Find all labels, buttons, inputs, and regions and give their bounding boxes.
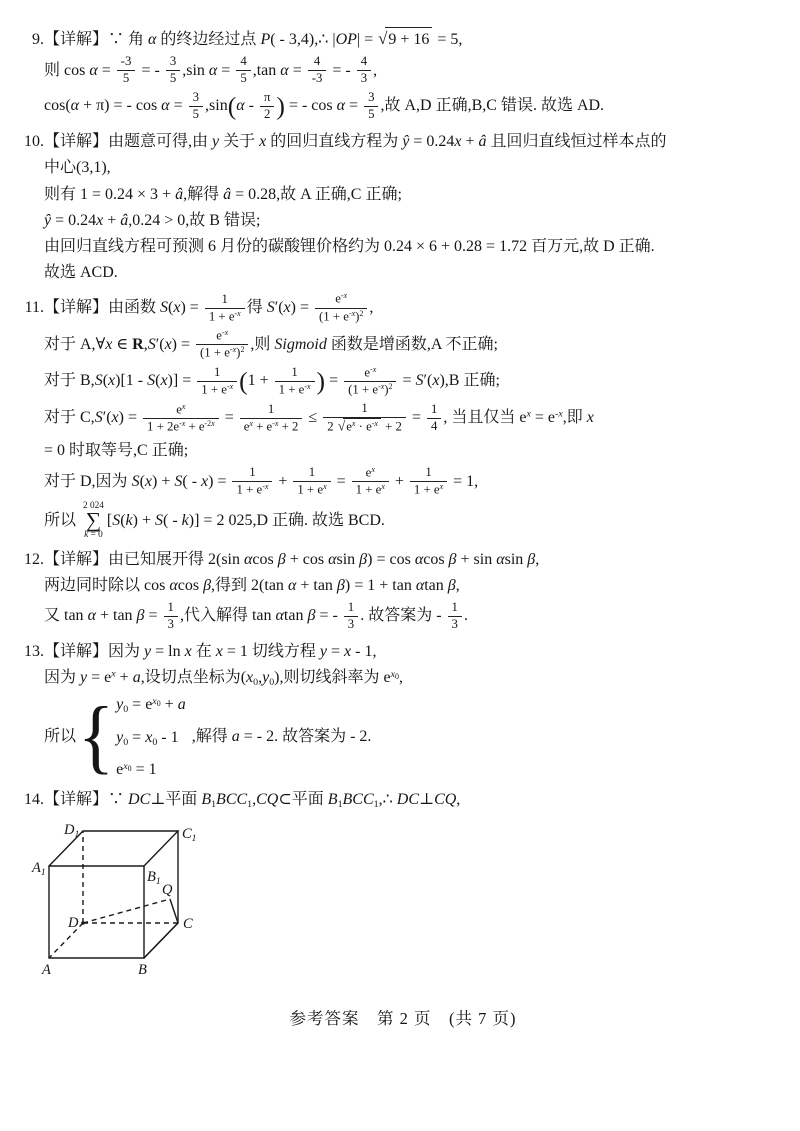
superscript: -x xyxy=(222,328,228,337)
math-var: x xyxy=(182,402,186,411)
denominator: 1 + ex xyxy=(293,482,330,498)
math-var: S xyxy=(95,372,103,389)
text-run: ,∴ xyxy=(379,791,397,808)
square-root: √ex · e-x xyxy=(338,418,381,435)
text-run: 则有 1 = 0.24 × 3 + xyxy=(44,186,175,203)
text-run: 【详解】因为 xyxy=(44,643,144,660)
text-run: 关于 xyxy=(219,133,259,150)
fraction: 11 + e-x xyxy=(197,365,237,398)
fraction: 12 √ex · e-x + 2 xyxy=(323,401,406,435)
math-run: 1 + e xyxy=(201,382,227,396)
math-bold-set: R xyxy=(132,336,144,353)
numerator: e-x xyxy=(315,291,367,308)
denominator: 3 xyxy=(357,71,371,87)
denominator: 5 xyxy=(236,71,250,87)
text-run: 【详解】由函数 xyxy=(44,299,160,316)
math-run: 2 xyxy=(327,420,337,434)
math-run: 5 xyxy=(170,71,176,85)
problem-number: 10. xyxy=(12,130,44,153)
problem-number: 11. xyxy=(12,296,44,319)
denominator: 1 + e-x xyxy=(197,382,237,398)
fraction: 35 xyxy=(189,90,203,123)
math-run: 1 xyxy=(268,402,274,416)
math-var: α xyxy=(337,97,345,114)
math-run: 1 xyxy=(452,600,458,614)
math-var: x xyxy=(373,365,377,374)
denominator: 1 + ex xyxy=(352,482,389,498)
superscript: x0 xyxy=(123,761,131,772)
text-run: = xyxy=(170,97,187,114)
vertex-label-C: C xyxy=(183,916,193,932)
math-var: β xyxy=(448,577,456,594)
numerator: 4 xyxy=(236,54,250,71)
big-paren: ( xyxy=(239,367,248,396)
line-content: cos(α + π) = - cos α = 35,sin(α - π2) = … xyxy=(44,97,604,114)
math-var: k xyxy=(126,512,133,529)
text-run: ∈ xyxy=(112,336,132,353)
vertex-label-B1: B1 xyxy=(147,869,161,887)
math-run: 4 xyxy=(240,54,246,68)
math-var: x xyxy=(185,643,192,660)
math-run: + 2 xyxy=(382,420,402,434)
math-run: -3 xyxy=(121,54,132,68)
text-run: , xyxy=(535,551,539,568)
math-run: 4 xyxy=(314,54,320,68)
fraction: ex1 + 2e-x + e-2x xyxy=(143,402,219,436)
radicand: ex · e-x xyxy=(343,418,381,435)
vertex-label-D1: D1 xyxy=(63,822,79,840)
line-content: 对于 D,因为 S(x) + S( - x) = 11 + e-x + 11 +… xyxy=(44,473,478,490)
text-run: + xyxy=(161,696,178,713)
text-run: 【详解】∵ xyxy=(44,791,128,808)
text-run: 在 xyxy=(192,643,216,660)
text-run: , xyxy=(399,669,403,686)
text-run: , xyxy=(373,62,377,79)
text-run: ),B 正确; xyxy=(439,372,499,389)
numerator: 1 xyxy=(427,402,441,419)
solution-line: 则 cos α = -35 = - 35,sin α = 45,tan α = … xyxy=(12,54,794,87)
math-run: 3 xyxy=(168,617,174,631)
summation: 2 024∑k = 0 xyxy=(83,502,104,541)
big-paren: ( xyxy=(228,92,237,121)
numerator: e-x xyxy=(196,328,248,345)
math-var: â xyxy=(479,133,487,150)
numerator: 4 xyxy=(357,54,371,71)
math-run: 3 xyxy=(193,90,199,104)
vertex-label-C1: C1 xyxy=(182,826,196,844)
text-run: 且回归直线恒过样本点的 xyxy=(487,133,667,150)
math-var: CQ xyxy=(434,791,456,808)
solution-line: 则有 1 = 0.24 × 3 + â,解得 â = 0.28,故 A 正确,C… xyxy=(12,183,794,206)
denominator: 2 √ex · e-x + 2 xyxy=(323,418,406,435)
math-var: S xyxy=(416,372,424,389)
text-run: = - xyxy=(315,607,341,624)
math-var: α xyxy=(236,97,244,114)
solution-line: 对于 A,∀x ∈ R,S′(x) = e-x(1 + e-x)2,则 Sigm… xyxy=(12,328,794,362)
math-run: 1 + e xyxy=(297,483,323,497)
text-run: + xyxy=(116,669,133,686)
math-run: ∀ xyxy=(96,336,106,353)
system-row: y0 = ex0 + a xyxy=(116,693,186,717)
text-run: + xyxy=(103,212,120,229)
superscript: -x xyxy=(227,382,233,391)
math-run: 1 + e xyxy=(356,483,382,497)
numerator: 4 xyxy=(308,54,327,71)
math-var: α xyxy=(416,577,424,594)
math-run: 1 xyxy=(291,365,297,379)
math-run: (1 + e xyxy=(348,382,378,396)
denominator: (1 + e-x)2 xyxy=(196,345,248,361)
vertex-dot-D xyxy=(81,921,85,925)
math-run: ) + xyxy=(133,512,155,529)
text-run: ) = 1 + tan xyxy=(345,577,416,594)
denominator: 3 xyxy=(164,617,178,633)
math-var: x xyxy=(165,336,172,353)
text-run: 又 tan xyxy=(44,607,88,624)
math-run: )] = 2 025 xyxy=(189,512,253,529)
text-run: . xyxy=(464,607,468,624)
text-run: , 当且仅当 e xyxy=(443,409,526,426)
text-run: 的回归直线方程为 xyxy=(266,133,402,150)
denominator: 3 xyxy=(344,617,358,633)
fraction: 35 xyxy=(166,54,180,87)
math-run: 3 xyxy=(170,54,176,68)
superscript: x xyxy=(381,482,385,491)
math-run: 1 + e xyxy=(236,483,262,497)
line-content: 则 cos α = -35 = - 35,sin α = 45,tan α = … xyxy=(44,62,377,79)
fraction: π2 xyxy=(260,90,274,123)
numerator: π xyxy=(260,90,274,107)
fraction: -35 xyxy=(117,54,136,87)
math-var: x xyxy=(454,133,461,150)
vertex-label-B: B xyxy=(138,962,147,978)
math-var: x xyxy=(587,409,594,426)
line-content: 【详解】由已知展开得 2(sin αcos β + cos αsin β) = … xyxy=(44,551,539,568)
denominator: 2 xyxy=(260,107,274,123)
fraction: 43 xyxy=(357,54,371,87)
line-content: 【详解】∵ DC⊥平面 B1BCC1,CQ⊂平面 B1BCC1,∴ DC⊥CQ, xyxy=(44,791,460,808)
math-var: x xyxy=(237,309,241,318)
text-run: 所以 xyxy=(44,728,76,745)
denominator: 1 + e-x xyxy=(205,309,245,325)
line-content: 所以{y0 = ex0 + ay0 = x0 - 1ex0 = 1 ,解得 a … xyxy=(44,728,371,745)
solution-line: 10.【详解】由题意可得,由 y 关于 x 的回归直线方程为 ŷ = 0.24x… xyxy=(12,130,794,153)
solution-line: 两边同时除以 cos αcos β,得到 2(tan α + tan β) = … xyxy=(12,574,794,597)
math-run: 1 xyxy=(425,465,431,479)
text-run: ) = xyxy=(291,299,313,316)
numerator: 3 xyxy=(166,54,180,71)
problem-number: 13. xyxy=(12,640,44,663)
text-run: = e xyxy=(531,409,555,426)
text-run: 对于 A, xyxy=(44,336,96,353)
fraction: 11 + ex xyxy=(410,465,447,498)
math-run: 2 xyxy=(264,107,270,121)
numerator: 3 xyxy=(189,90,203,107)
math-run: 1 xyxy=(168,600,174,614)
text-run: ,设切点坐标为( xyxy=(141,669,246,686)
math-run: 1 xyxy=(348,600,354,614)
math-run: ( - xyxy=(163,512,182,529)
math-var: α xyxy=(89,62,97,79)
text-run: = - cos xyxy=(285,97,337,114)
text-run: 中心(3,1), xyxy=(44,159,111,176)
math-var: x xyxy=(265,482,269,491)
math-run: (1 + e xyxy=(319,309,349,323)
superscript: x xyxy=(440,482,444,491)
text-run: = xyxy=(325,372,342,389)
solution-line: 14.【详解】∵ DC⊥平面 B1BCC1,CQ⊂平面 B1BCC1,∴ DC⊥… xyxy=(12,788,794,812)
solution-line: 又 tan α + tan β = 13,代入解得 tan αtan β = -… xyxy=(12,600,794,633)
math-var: S xyxy=(267,299,275,316)
superscript: 2 xyxy=(240,345,244,354)
problem-12: 12.【详解】由已知展开得 2(sin αcos β + cos αsin β)… xyxy=(12,548,794,633)
text-run: = xyxy=(145,607,162,624)
math-run: 2 xyxy=(359,309,363,318)
solution-line: 对于 B,S(x)[1 - S(x)] = 11 + e-x(1 + 11 + … xyxy=(12,365,794,399)
math-var: α xyxy=(415,551,423,568)
text-run: ( - xyxy=(182,473,201,490)
text-run: 因为 xyxy=(44,669,80,686)
denominator: 5 xyxy=(117,71,136,87)
numerator: 1 xyxy=(164,600,178,617)
problem-10: 10.【详解】由题意可得,由 y 关于 x 的回归直线方程为 ŷ = 0.24x… xyxy=(12,130,794,284)
denominator: 5 xyxy=(364,107,378,123)
math-var: α xyxy=(496,551,504,568)
numerator: 1 xyxy=(410,465,447,482)
superscript: -x xyxy=(372,419,378,428)
math-var: β xyxy=(337,577,345,594)
text-run: | = xyxy=(357,31,377,48)
math-var: k xyxy=(182,512,189,529)
superscript: -x xyxy=(370,365,376,374)
left-brace: { xyxy=(78,708,114,768)
system-rows: y0 = ex0 + ay0 = x0 - 1ex0 = 1 xyxy=(116,693,186,781)
text-run: = 5, xyxy=(433,31,462,48)
math-var: â xyxy=(175,186,183,203)
denominator: ex + e-x + 2 xyxy=(240,419,303,435)
math-var: a xyxy=(178,696,186,713)
math-var: α xyxy=(276,607,284,624)
math-var: α xyxy=(169,577,177,594)
denominator: 5 xyxy=(166,71,180,87)
text-run: ⊥平面 xyxy=(150,791,201,808)
denominator: 1 + e-x xyxy=(275,382,315,398)
denominator: 1 + e-x xyxy=(232,482,272,498)
text-run: = xyxy=(289,62,306,79)
text-run: + tan xyxy=(96,607,137,624)
math-var: DC xyxy=(128,791,150,808)
math-var: B xyxy=(328,791,338,808)
text-run: + sin xyxy=(457,551,497,568)
solution-line: 9.【详解】∵ 角 α 的终边经过点 P( - 3,4),∴ |OP| = √9… xyxy=(12,27,794,51)
system-row: y0 = x0 - 1 xyxy=(116,726,186,750)
math-run: 2 xyxy=(240,345,244,354)
line-content: 由回归直线方程可预测 6 月份的碳酸锂价格约为 0.24 × 6 + 0.28 … xyxy=(44,238,655,255)
hidden-segment-DQ xyxy=(83,899,170,923)
text-run: 所以 xyxy=(44,512,80,529)
math-run: 5 xyxy=(240,71,246,85)
math-var: S xyxy=(147,372,155,389)
math-run: 1 xyxy=(214,365,220,379)
fraction: 14 xyxy=(427,402,441,435)
denominator: 1 + ex xyxy=(410,482,447,498)
text-run: ,代入解得 tan xyxy=(180,607,276,624)
text-run: = - xyxy=(137,62,163,79)
square-root: √9 + 16 xyxy=(378,27,432,51)
math-var: α xyxy=(161,97,169,114)
text-run: = xyxy=(128,729,145,746)
math-var: S xyxy=(155,512,163,529)
math-var: β xyxy=(359,551,367,568)
text-run: ,则 xyxy=(250,336,274,353)
math-var: α xyxy=(88,607,96,624)
denominator: -3 xyxy=(308,71,327,87)
radicand: 9 + 16 xyxy=(385,27,432,51)
math-run: 1 xyxy=(361,401,367,415)
solution-line: 中心(3,1), xyxy=(12,156,794,179)
text-run: ,故 A,D 正确,B,C 错误. 故选 AD. xyxy=(380,97,604,114)
text-run: = xyxy=(333,473,350,490)
math-run: -3 xyxy=(312,71,323,85)
math-run: 3 xyxy=(348,617,354,631)
text-run: 对于 C, xyxy=(44,409,95,426)
line-content: 又 tan α + tan β = 13,代入解得 tan αtan β = -… xyxy=(44,607,468,624)
text-run: 得 xyxy=(247,299,267,316)
superscript: 2 xyxy=(359,309,363,318)
text-run: ≤ xyxy=(304,409,321,426)
math-var: â xyxy=(223,186,231,203)
math-var: x xyxy=(371,465,375,474)
text-run: + xyxy=(274,473,291,490)
text-run: ) = xyxy=(119,409,141,426)
line-content: 所以 2 024∑k = 0[S(k) + S( - k)] = 2 025,D… xyxy=(44,512,385,529)
math-run: 1 xyxy=(222,292,228,306)
math-run: 1 + e xyxy=(209,309,235,323)
solution-line: 由回归直线方程可预测 6 月份的碳酸锂价格约为 0.24 × 6 + 0.28 … xyxy=(12,235,794,258)
text-run: ,sin xyxy=(205,97,228,114)
text-run: ),则切线斜率为 e xyxy=(274,669,390,686)
solution-line: = 0 时取等号,C 正确; xyxy=(12,439,794,462)
vertex-label-Q: Q xyxy=(162,882,173,898)
math-run: + e xyxy=(185,420,204,434)
problem-number: 14. xyxy=(12,788,44,811)
text-run: = ln xyxy=(151,643,184,660)
math-run: 1 xyxy=(431,402,437,416)
numerator: e-x xyxy=(344,365,396,382)
line-content: 对于 A,∀x ∈ R,S′(x) = e-x(1 + e-x)2,则 Sigm… xyxy=(44,336,498,353)
equation-system: {y0 = ex0 + ay0 = x0 - 1ex0 = 1 xyxy=(78,693,186,781)
cube-right-face xyxy=(144,831,178,958)
text-run: = xyxy=(398,372,415,389)
text-run: ′( xyxy=(156,336,165,353)
text-run: 对于 B, xyxy=(44,372,95,389)
text-run: ) = xyxy=(180,299,202,316)
numerator: 1 xyxy=(448,600,462,617)
cube-figure: D1 C1 A1 B1 Q D C A B xyxy=(26,821,226,989)
math-run: 9 + 16 xyxy=(388,31,429,48)
text-run: = xyxy=(98,62,115,79)
line-content: 故选 ACD. xyxy=(44,264,118,281)
text-run: = - 2. 故答案为 - 2. xyxy=(240,728,372,745)
text-run: ) = xyxy=(208,473,230,490)
math-run: 4 xyxy=(431,419,437,433)
text-run: . 故答案为 - xyxy=(360,607,445,624)
solution-line: 所以 2 024∑k = 0[S(k) + S( - k)] = 2 025,D… xyxy=(12,502,794,541)
text-run: ,解得 xyxy=(188,728,232,745)
text-run: 对于 D,因为 xyxy=(44,473,132,490)
numerator: 1 xyxy=(240,402,303,419)
math-var: S xyxy=(112,512,120,529)
math-var: α xyxy=(71,97,79,114)
text-run: tan xyxy=(284,607,308,624)
problem-11: 11.【详解】由函数 S(x) = 11 + e-x得 S′(x) = e-x(… xyxy=(12,291,794,540)
page-footer: 参考答案 第 2 页 (共 7 页) xyxy=(12,1005,794,1029)
text-run: ′( xyxy=(275,299,284,316)
math-run: 5 xyxy=(193,107,199,121)
math-run: 1 xyxy=(309,465,315,479)
text-run: 的终边经过点 xyxy=(156,31,260,48)
line-content: 两边同时除以 cos αcos β,得到 2(tan α + tan β) = … xyxy=(44,577,460,594)
math-run: 1 + 2e xyxy=(147,420,179,434)
math-run: 5 xyxy=(368,107,374,121)
numerator: 1 xyxy=(275,365,315,382)
line-content: 对于 C,S′(x) = ex1 + 2e-x + e-2x = 1ex + e… xyxy=(44,409,594,426)
line-content: 【详解】∵ 角 α 的终边经过点 P( - 3,4),∴ |OP| = √9 +… xyxy=(44,31,462,48)
text-run: 两边同时除以 cos xyxy=(44,577,169,594)
text-run: = xyxy=(408,409,425,426)
math-run: 3 xyxy=(361,71,367,85)
superscript: 2 xyxy=(389,382,393,391)
math-var: a xyxy=(133,669,141,686)
math-var: S xyxy=(148,336,156,353)
text-run: 【详解】由题意可得,由 xyxy=(44,133,212,150)
superscript: x xyxy=(182,402,186,411)
math-run: 1 xyxy=(249,465,255,479)
text-run: = xyxy=(221,409,238,426)
problem-9: 9.【详解】∵ 角 α 的终边经过点 P( - 3,4),∴ |OP| = √9… xyxy=(12,27,794,123)
text-run: - xyxy=(245,97,258,114)
math-var: β xyxy=(203,577,211,594)
text-run: + xyxy=(462,133,479,150)
text-run: ,解得 xyxy=(183,186,223,203)
math-var: BCC xyxy=(343,791,374,808)
text-run: , xyxy=(456,791,460,808)
solution-line: 11.【详解】由函数 S(x) = 11 + e-x得 S′(x) = e-x(… xyxy=(12,291,794,325)
text-run: )[1 - xyxy=(115,372,147,389)
fraction: 11 + e-x xyxy=(275,365,315,398)
math-var: Sigmoid xyxy=(274,336,326,353)
fraction: e-x(1 + e-x)2 xyxy=(196,328,248,362)
line-content: ŷ = 0.24x + â,0.24 > 0,故 B 错误; xyxy=(44,212,260,229)
math-var: x xyxy=(211,419,215,428)
text-run: ( - 3,4),∴ | xyxy=(270,31,335,48)
math-var: x xyxy=(230,382,234,391)
text-run: - 1, xyxy=(351,643,376,660)
math-var: x xyxy=(160,372,167,389)
big-paren: ) xyxy=(276,92,285,121)
system-row: ex0 = 1 xyxy=(116,758,186,781)
fraction: 45 xyxy=(236,54,250,87)
math-run: π xyxy=(264,90,270,104)
superscript: -x xyxy=(555,409,563,420)
superscript: x0 xyxy=(391,669,399,680)
fraction: 11 + e-x xyxy=(205,292,245,325)
numerator: 1 xyxy=(232,465,272,482)
text-run: 由回归直线方程可预测 6 月份的碳酸锂价格约为 0.24 × 6 + 0.28 … xyxy=(44,238,655,255)
solution-line: 故选 ACD. xyxy=(12,261,794,284)
numerator: -3 xyxy=(117,54,136,71)
problem-number: 9. xyxy=(12,28,44,51)
